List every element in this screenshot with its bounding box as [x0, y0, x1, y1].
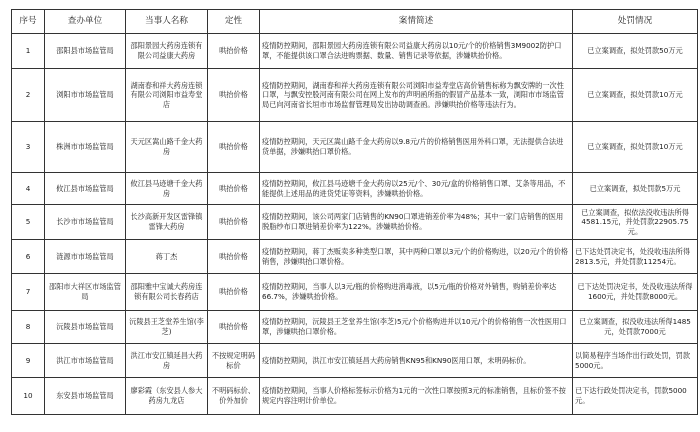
case-penalty: 已立案调查，拟处罚款10万元	[573, 69, 698, 122]
case-unit: 洪江市市场监管局	[45, 344, 126, 378]
case-unit: 沅陵县市场监管局	[45, 311, 126, 344]
table-row: 2浏阳市市场监管局湖南春和祥大药房连锁有限公司浏阳市益寿堂店哄抬价格疫情防控期间…	[12, 69, 698, 122]
case-nature: 哄抬价格	[208, 69, 260, 122]
case-penalty: 已立案调查，拟处罚款5万元	[573, 173, 698, 205]
case-party: 蒋丁杰	[126, 240, 208, 274]
table-row: 9洪江市市场监管局洪江市安江镇延昌大药房不按规定明码标价疫情防控期间，洪江市安江…	[12, 344, 698, 378]
case-number: 5	[12, 205, 45, 240]
case-number: 10	[12, 378, 45, 415]
table-row: 6涟源市市场监管局蒋丁杰哄抬价格疫情防控期间，蒋丁杰贩卖多种类型口罩，其中两种口…	[12, 240, 698, 274]
case-number: 1	[12, 34, 45, 69]
table-row: 3株洲市市场监管局天元区嵩山路千金大药房哄抬价格疫情防控期间，天元区嵩山路千金大…	[12, 122, 698, 173]
case-nature: 不明码标价、价外加价	[208, 378, 260, 415]
table-row: 1邵阳县市场监管局邵阳景园大药房连锁有限公司益康大药房哄抬价格疫情防控期间，邵阳…	[12, 34, 698, 69]
table-row: 4攸江县市场监管局攸江县马迹塘千金大药房哄抬价格疫情防控期间，攸江县马迹塘千金大…	[12, 173, 698, 205]
case-penalty: 已下达行政处罚决定书，罚款5000元。	[573, 378, 698, 415]
table-row: 7邵阳市大祥区市场监管局邵阳雅中宝诚大药房连锁有限公司长春药店哄抬价格疫情防控期…	[12, 274, 698, 311]
case-number: 8	[12, 311, 45, 344]
case-summary: 疫情防控期间，天元区嵩山路千金大药房以9.8元/片的价格销售医用外科口罩，无法提…	[260, 122, 573, 173]
case-unit: 邵阳市大祥区市场监管局	[45, 274, 126, 311]
case-summary: 疫情防控期间，沅陵县王芝堂养生馆(李芝)5元/个价格购进并以10元/个的价格销售…	[260, 311, 573, 344]
case-unit: 株洲市市场监管局	[45, 122, 126, 173]
table-row: 5长沙市市场监管局长沙高新开发区雷锋镇雷锋大药房哄抬价格疫情防控期间，该公司两家…	[12, 205, 698, 240]
case-summary: 疫情防控期间，当事人价格标签标示价格为1元的一次性口罩按照3元的标准销售，且标价…	[260, 378, 573, 415]
case-summary: 疫情防控期间，攸江县马迹塘千金大药房以25元/个、30元/盒的价格销售口罩、艾条…	[260, 173, 573, 205]
header-summary: 案情简述	[260, 10, 573, 34]
header-nature: 定性	[208, 10, 260, 34]
case-summary: 疫情防控期间，蒋丁杰贩卖多种类型口罩，其中两种口罩以3元/个的价格购进，以20元…	[260, 240, 573, 274]
header-no: 序号	[12, 10, 45, 34]
case-summary: 疫情防控期间，该公司两家门店销售的KN90口罩进销差价率为48%；其中一家门店销…	[260, 205, 573, 240]
case-party: 沅陵县王芝堂养生馆(李芝)	[126, 311, 208, 344]
case-nature: 哄抬价格	[208, 240, 260, 274]
case-penalty: 已立案调查，拟处罚款10万元	[573, 122, 698, 173]
case-party: 洪江市安江镇延昌大药房	[126, 344, 208, 378]
case-number: 7	[12, 274, 45, 311]
table-row: 8沅陵县市场监管局沅陵县王芝堂养生馆(李芝)哄抬价格疫情防控期间，沅陵县王芝堂养…	[12, 311, 698, 344]
case-unit: 长沙市市场监管局	[45, 205, 126, 240]
case-number: 6	[12, 240, 45, 274]
case-summary: 疫情防控期间，邵阳景园大药房连锁有限公司益康大药房以10元/个的价格销售3M90…	[260, 34, 573, 69]
case-penalty: 已下达处罚决定书，处没收违法所得2813.5元，并处罚款11254元。	[573, 240, 698, 274]
case-party: 天元区嵩山路千金大药房	[126, 122, 208, 173]
penalty-cases-table: 序号 查办单位 当事人名称 定性 案情简述 处罚情况 1邵阳县市场监管局邵阳景园…	[11, 9, 698, 415]
case-party: 湖南春和祥大药房连锁有限公司浏阳市益寿堂店	[126, 69, 208, 122]
case-penalty: 已立案调查，拟处罚款50万元	[573, 34, 698, 69]
case-unit: 涟源市市场监管局	[45, 240, 126, 274]
case-nature: 哄抬价格	[208, 122, 260, 173]
case-party: 长沙高新开发区雷锋镇雷锋大药房	[126, 205, 208, 240]
header-penalty: 处罚情况	[573, 10, 698, 34]
case-nature: 哄抬价格	[208, 173, 260, 205]
case-penalty: 已立案调查，拟没收违法所得1485元，处罚款7000元	[573, 311, 698, 344]
case-summary: 疫情防控期间，当事人以3元/瓶的价格购进消毒液，以5元/瓶的价格对外销售，购销差…	[260, 274, 573, 311]
header-party: 当事人名称	[126, 10, 208, 34]
case-party: 攸江县马迹塘千金大药房	[126, 173, 208, 205]
case-party: 廖彩霞（东安县人参大药房九龙店	[126, 378, 208, 415]
case-number: 2	[12, 69, 45, 122]
case-unit: 攸江县市场监管局	[45, 173, 126, 205]
table-row: 10东安县市场监管局廖彩霞（东安县人参大药房九龙店不明码标价、价外加价疫情防控期…	[12, 378, 698, 415]
case-number: 9	[12, 344, 45, 378]
case-unit: 东安县市场监管局	[45, 378, 126, 415]
case-summary: 疫情防控期间，湖南春和祥大药房连锁有限公司浏阳市益寿堂店高价销售标称为飘安牌的一…	[260, 69, 573, 122]
case-penalty: 已下达处罚决定书，处没收违法所得1600元，并处罚款8000元。	[573, 274, 698, 311]
case-unit: 浏阳市市场监管局	[45, 69, 126, 122]
case-party: 邵阳景园大药房连锁有限公司益康大药房	[126, 34, 208, 69]
case-nature: 哄抬价格	[208, 311, 260, 344]
case-number: 3	[12, 122, 45, 173]
case-summary: 疫情防控期间，洪江市安江镇延昌大药房销售KN95和KN90医用口罩，未明码标价。	[260, 344, 573, 378]
header-unit: 查办单位	[45, 10, 126, 34]
case-nature: 哄抬价格	[208, 274, 260, 311]
table-header-row: 序号 查办单位 当事人名称 定性 案情简述 处罚情况	[12, 10, 698, 34]
case-number: 4	[12, 173, 45, 205]
case-party: 邵阳雅中宝诚大药房连锁有限公司长春药店	[126, 274, 208, 311]
case-penalty: 以简易程序当场作出行政处罚，罚款5000元。	[573, 344, 698, 378]
case-penalty: 已立案调查，拟依法没收违法所得4581.15元，并处罚款22905.75元。	[573, 205, 698, 240]
case-nature: 哄抬价格	[208, 34, 260, 69]
case-nature: 哄抬价格	[208, 205, 260, 240]
case-unit: 邵阳县市场监管局	[45, 34, 126, 69]
case-nature: 不按规定明码标价	[208, 344, 260, 378]
